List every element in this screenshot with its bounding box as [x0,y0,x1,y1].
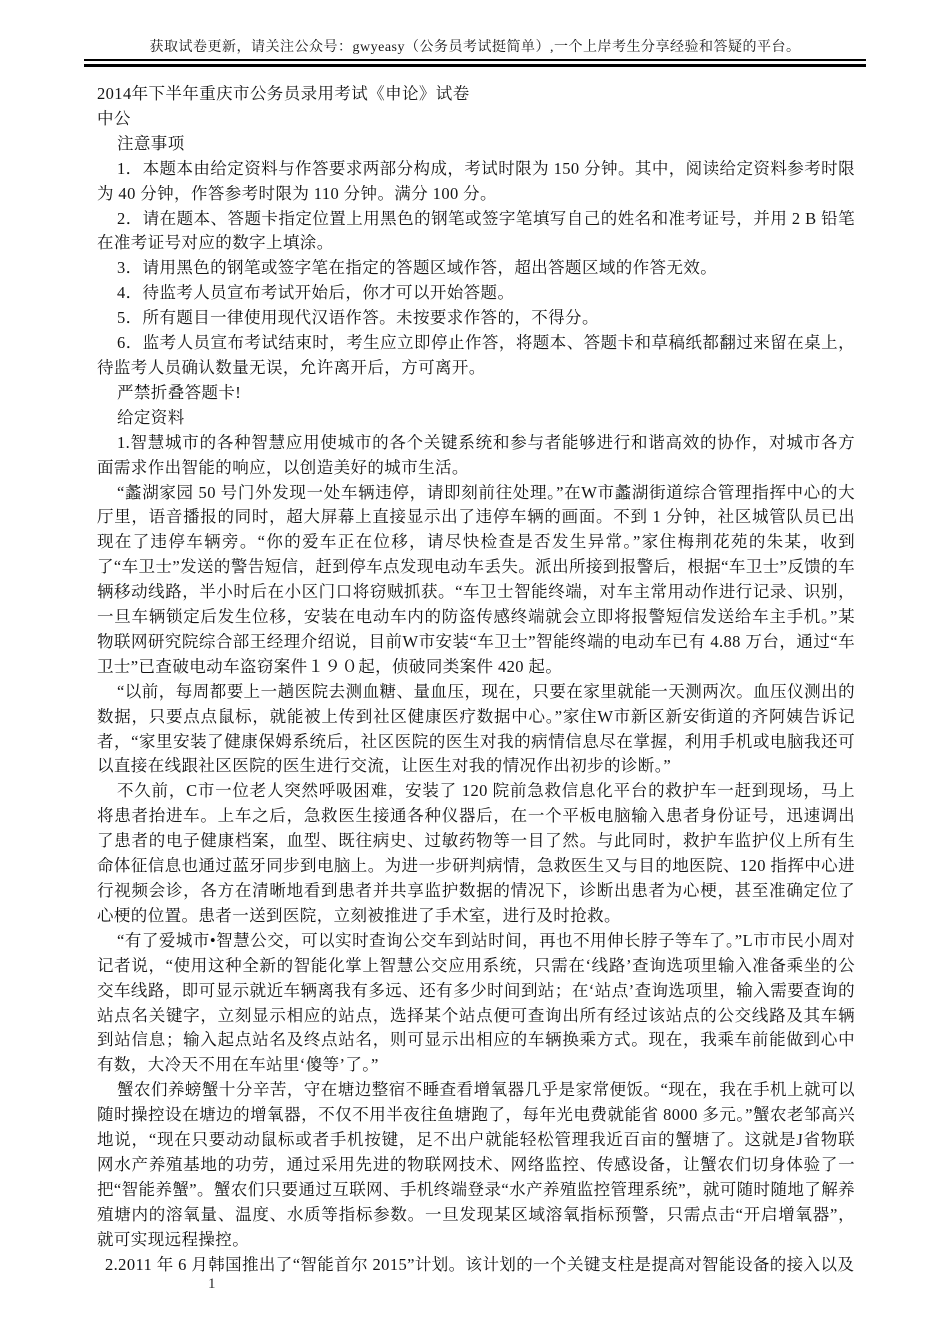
no-fold-warning: 严禁折叠答题卡! [97,381,855,406]
material-paragraph-1: 1.智慧城市的各种智慧应用使城市的各个关键系统和参与者能够进行和谐高效的协作，对… [97,431,855,481]
notice-item-3: 3．请用黑色的钢笔或签字笔在指定的答题区域作答，超出答题区域的作答无效。 [97,256,855,281]
notice-item-6: 6．监考人员宣布考试结束时，考生应立即停止作答，将题本、答题卡和草稿纸都翻过来留… [97,331,855,381]
header-double-rule [84,59,866,67]
document-body: 2014年下半年重庆市公务员录用考试《申论》试卷 中公 注意事项 1．本题本由给… [97,82,855,1278]
material-paragraph-5: “有了爱城市•智慧公交，可以实时查询公交车到站时间，再也不用伸长脖子等车了。”L… [97,929,855,1078]
paper-title: 2014年下半年重庆市公务员录用考试《申论》试卷 [97,82,855,107]
exam-paper-page: 获取试卷更新，请关注公众号：gwyeasy（公务员考试挺简单）,一个上岸考生分享… [0,0,950,1344]
notice-heading: 注意事项 [97,132,855,157]
material-heading: 给定资料 [97,406,855,431]
material-paragraph-2: “蠡湖家园 50 号门外发现一处车辆违停，请即刻前往处理。”在W市蠡湖街道综合管… [97,481,855,680]
notice-item-4: 4．待监考人员宣布考试开始后，你才可以开始答题。 [97,281,855,306]
material-paragraph-7: 2.2011 年 6 月韩国推出了“智能首尔 2015”计划。该计划的一个关键支… [97,1253,855,1278]
notice-item-2: 2．请在题本、答题卡指定位置上用黑色的钢笔或签字笔填写自己的姓名和准考证号，并用… [97,207,855,257]
notice-item-5: 5．所有题目一律使用现代汉语作答。未按要求作答的，不得分。 [97,306,855,331]
notice-item-1: 1．本题本由给定资料与作答要求两部分构成，考试时限为 150 分钟。其中，阅读给… [97,157,855,207]
page-number: 1 [208,1276,216,1293]
material-paragraph-4: 不久前，C市一位老人突然呼吸困难，安装了 120 院前急救信息化平台的救护车一赶… [97,779,855,928]
material-paragraph-6: 蟹农们养螃蟹十分辛苦，守在塘边整宿不睡查看增氧器几乎是家常便饭。“现在，我在手机… [97,1078,855,1252]
material-paragraph-3: “以前，每周都要上一趟医院去测血糖、量血压，现在，只要在家里就能一天测两次。血压… [97,680,855,780]
header-promo-notice: 获取试卷更新，请关注公众号：gwyeasy（公务员考试挺简单）,一个上岸考生分享… [84,36,866,56]
brand-label: 中公 [97,107,855,132]
